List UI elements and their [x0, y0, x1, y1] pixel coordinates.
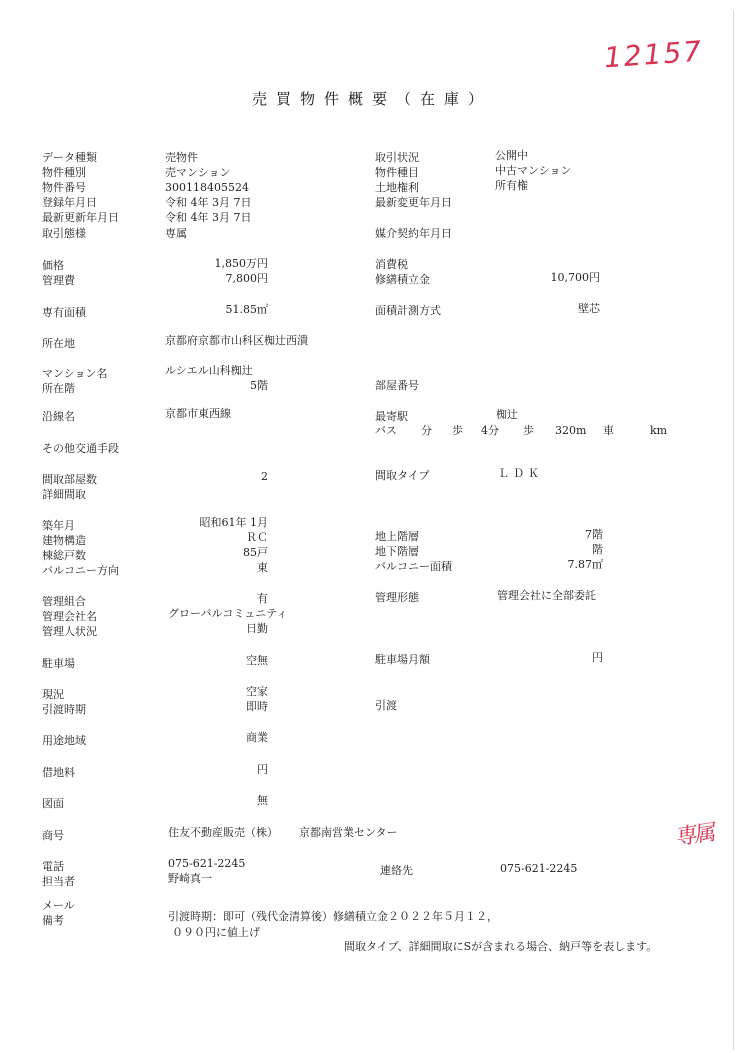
- value-trade-name: 住友不動産販売（株）: [168, 826, 278, 840]
- value-mansion-name: ルシエル山科椥辻: [165, 364, 253, 378]
- value-remarks-line2: ０９０円に値上げ: [172, 926, 260, 940]
- label-phone: 電話: [42, 860, 64, 874]
- value-management-form: 管理会社に全部委託: [497, 589, 596, 603]
- value-property-number: 300118405524: [165, 181, 249, 195]
- label-location: 所在地: [42, 337, 75, 351]
- label-handover-timing: 引渡時期: [42, 703, 86, 717]
- value-built-date: 昭和61年 1月: [165, 516, 268, 530]
- value-area-measurement: 壁芯: [495, 302, 600, 316]
- label-trade-name: 商号: [42, 829, 64, 843]
- page-edge-line: [733, 10, 734, 1050]
- label-zoning: 用途地域: [42, 734, 86, 748]
- value-land-rights: 所有権: [495, 179, 528, 193]
- label-other-transport: その他交通手段: [42, 442, 119, 456]
- label-floors-above: 地上階層: [375, 530, 419, 544]
- label-bus-min: 分: [421, 424, 432, 438]
- label-land-rent: 借地料: [42, 766, 75, 780]
- value-exclusive-area: 51.85㎡: [165, 303, 268, 317]
- label-handover: 引渡: [375, 699, 397, 713]
- label-layout-type: 間取タイプ: [375, 469, 429, 483]
- value-data-type: 売物件: [165, 151, 198, 165]
- value-contact-person: 野崎真一: [168, 872, 212, 886]
- label-car-km: km: [650, 424, 667, 438]
- value-balcony-area: 7.87㎡: [495, 558, 603, 572]
- label-email: メール: [42, 899, 75, 913]
- footnote: 間取タイプ、詳細間取にSが含まれる場合、納戸等を表します。: [344, 940, 657, 954]
- value-manager-status: 日勤: [165, 622, 268, 636]
- label-floor-plan: 図面: [42, 797, 64, 811]
- value-property-kind: 売マンション: [165, 166, 231, 180]
- label-balcony-area: バルコニー面積: [375, 560, 452, 574]
- label-manager-status: 管理人状況: [42, 625, 97, 639]
- label-area-measurement: 面積計測方式: [375, 304, 441, 318]
- value-floors-below: 階: [495, 543, 603, 557]
- label-room-number: 部屋番号: [375, 379, 419, 393]
- value-walk-distance: 320m: [555, 424, 586, 438]
- label-exclusive-area: 専有面積: [42, 306, 86, 320]
- label-data-type: データ種類: [42, 151, 97, 165]
- label-management-fee: 管理費: [42, 274, 75, 288]
- value-room-count: 2: [165, 470, 268, 484]
- value-floors-above: 7階: [495, 528, 603, 542]
- value-transaction-mode: 専属: [165, 227, 187, 241]
- value-walk-minutes: 4分: [481, 424, 499, 438]
- value-management-union: 有: [165, 592, 268, 606]
- label-floor: 所在階: [42, 382, 75, 396]
- label-price: 価格: [42, 259, 64, 273]
- value-floor-plan: 無: [165, 794, 268, 808]
- label-brokerage-contract-date: 媒介契約年月日: [375, 227, 452, 241]
- label-line-name: 沿線名: [42, 410, 75, 424]
- value-floor: 5階: [165, 379, 268, 393]
- label-structure: 建物構造: [42, 534, 86, 548]
- value-location: 京都府京都市山科区椥辻西潰: [165, 334, 308, 348]
- value-handover-timing: 即時: [165, 700, 268, 714]
- label-balcony-direction: バルコニー方向: [42, 564, 119, 578]
- label-transaction-status: 取引状況: [375, 151, 419, 165]
- label-parking: 駐車場: [42, 657, 75, 671]
- value-phone[interactable]: 075-621-2245: [168, 857, 245, 871]
- label-mansion-name: マンション名: [42, 367, 108, 381]
- label-total-units: 棟総戸数: [42, 549, 86, 563]
- label-car: 車: [603, 424, 614, 438]
- label-floors-below: 地下階層: [375, 545, 419, 559]
- value-line-name: 京都市東西線: [165, 407, 231, 421]
- value-nearest-station: 椥辻: [496, 408, 518, 422]
- value-layout-type: ＬＤＫ: [498, 467, 543, 481]
- value-price: 1,850万円: [165, 257, 268, 271]
- handwritten-stamp: 専属: [676, 815, 715, 852]
- value-parking-monthly: 円: [495, 651, 603, 665]
- label-land-rights: 土地権利: [375, 181, 419, 195]
- value-registered-date: 令和 4年 3月 7日: [165, 196, 252, 210]
- label-consumption-tax: 消費税: [375, 258, 408, 272]
- value-updated-date: 令和 4年 3月 7日: [165, 211, 252, 225]
- label-parking-monthly: 駐車場月額: [375, 653, 430, 667]
- label-management-union: 管理組合: [42, 595, 86, 609]
- value-zoning: 商業: [165, 731, 268, 745]
- value-parking: 空無: [165, 654, 268, 668]
- value-management-company: グローバルコミュニティ: [168, 607, 287, 621]
- value-remarks-line1: 引渡時期：即可（残代金清算後）修繕積立金２０２２年５月１２，: [168, 910, 498, 924]
- document-title: 売買物件概要（在庫）: [0, 88, 744, 109]
- label-transaction-mode: 取引態様: [42, 227, 86, 241]
- label-room-count: 間取部屋数: [42, 473, 97, 487]
- label-walk-1: 歩: [452, 424, 463, 438]
- label-property-kind: 物件種別: [42, 166, 86, 180]
- label-property-number: 物件番号: [42, 181, 86, 195]
- label-nearest-station: 最寄駅: [375, 410, 408, 424]
- label-detailed-layout: 詳細間取: [42, 488, 86, 502]
- label-registered-date: 登録年月日: [42, 196, 97, 210]
- label-management-company: 管理会社名: [42, 610, 97, 624]
- label-bus: バス: [375, 424, 397, 438]
- label-property-category: 物件種目: [375, 166, 419, 180]
- value-property-category: 中古マンション: [495, 164, 572, 178]
- value-structure: ＲＣ: [165, 531, 268, 545]
- label-updated-date: 最新更新年月日: [42, 211, 119, 225]
- label-walk-2: 歩: [523, 424, 534, 438]
- label-repair-reserve: 修繕積立金: [375, 273, 430, 287]
- value-transaction-status: 公開中: [495, 149, 528, 163]
- label-built-date: 築年月: [42, 519, 75, 533]
- label-contact-person: 担当者: [42, 875, 75, 889]
- label-contact: 連絡先: [380, 864, 413, 878]
- value-management-fee: 7,800円: [165, 272, 268, 286]
- value-current-status: 空家: [165, 685, 268, 699]
- label-current-status: 現況: [42, 688, 64, 702]
- value-land-rent: 円: [165, 763, 268, 777]
- value-contact[interactable]: 075-621-2245: [500, 862, 577, 876]
- value-branch-name: 京都南営業センター: [299, 826, 398, 840]
- label-last-changed-date: 最新変更年月日: [375, 196, 452, 210]
- value-total-units: 85戸: [165, 546, 268, 560]
- label-remarks: 備考: [42, 914, 64, 928]
- handwritten-number: 12157: [603, 35, 704, 75]
- label-management-form: 管理形態: [375, 591, 419, 605]
- value-balcony-direction: 東: [165, 561, 268, 575]
- value-repair-reserve: 10,700円: [495, 271, 600, 285]
